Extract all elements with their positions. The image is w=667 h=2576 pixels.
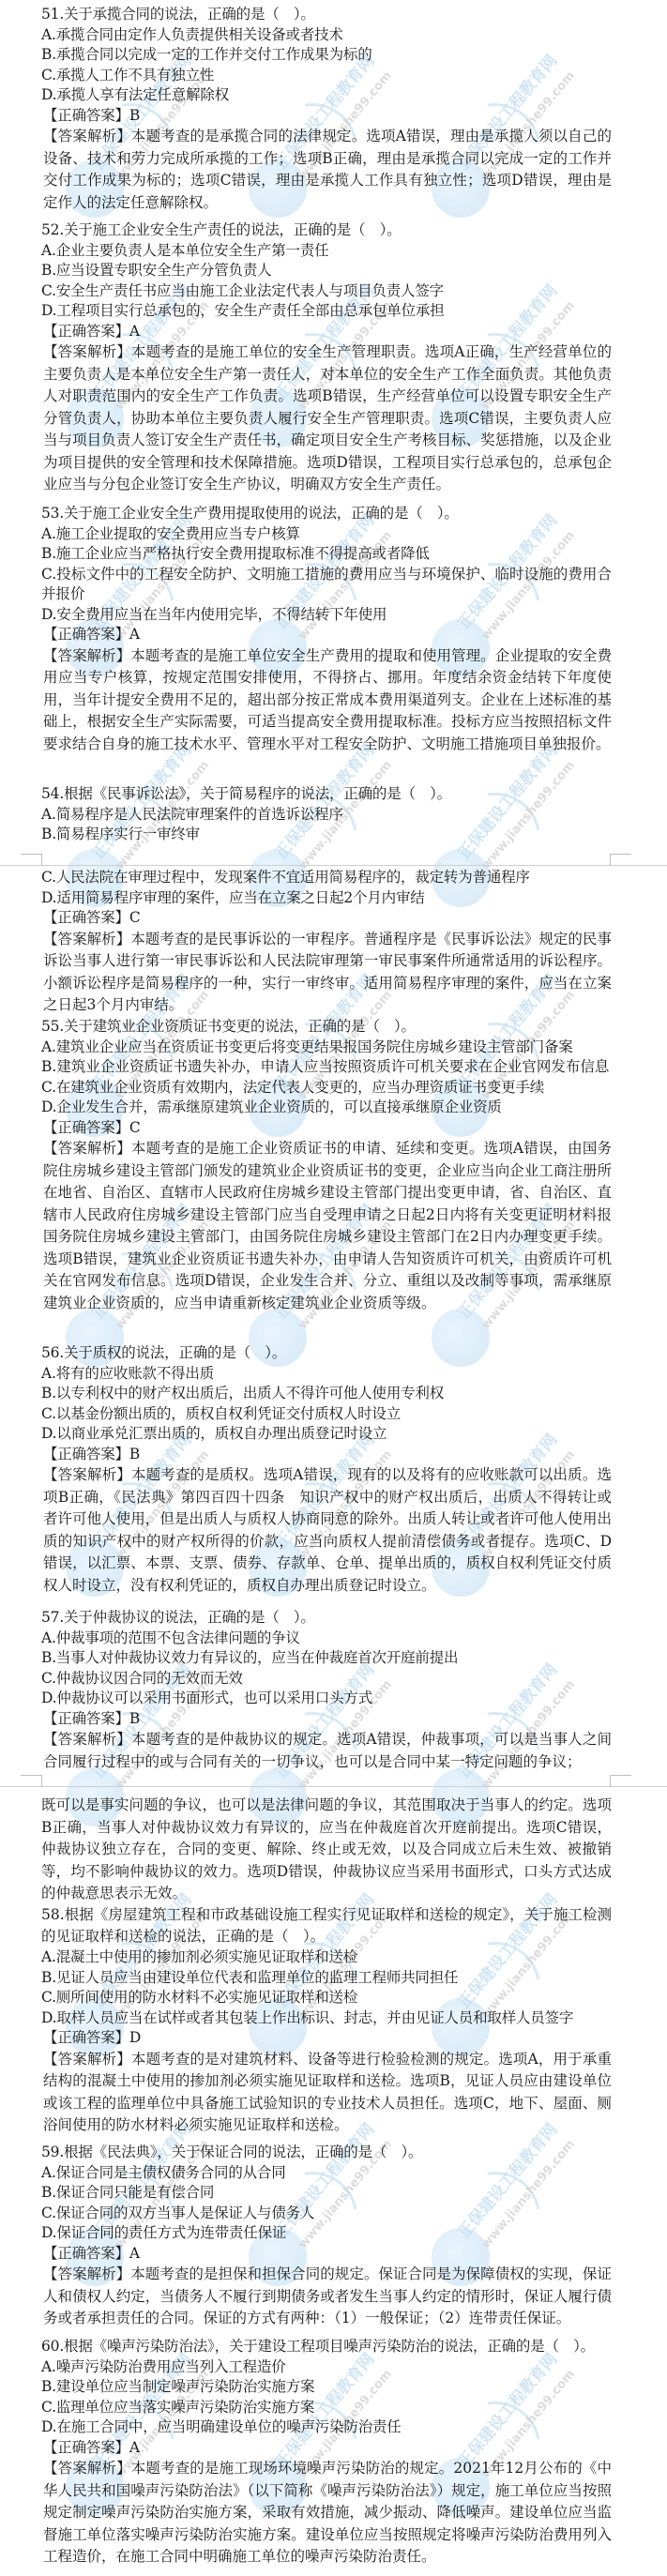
option-d: D.仲裁协议可以采用书面形式，也可以采用口头方式	[41, 1689, 612, 1709]
question-55: 55.关于建筑业企业资质证书变更的说法，正确的是（ ）。 A.建筑业企业应当在资…	[41, 1017, 612, 1314]
question-52: 52.关于施工企业安全生产责任的说法，正确的是（ ）。 A.企业主要负责人是本单…	[41, 220, 612, 496]
question-title: 59.根据《民法典》，关于保证合同的说法，正确的是（ ）。	[41, 2143, 612, 2163]
option-b: B.当事人对仲裁协议效力有异议的，应当在仲裁庭首次开庭前提出	[41, 1648, 612, 1669]
option-b: B.应当设置专职安全生产分管负责人	[41, 261, 612, 281]
option-c: C.监理单位应当落实噪声污染防治实施方案	[41, 2398, 612, 2418]
question-title: 53.关于施工企业安全生产费用提取使用的说法，正确的是（ ）。	[41, 504, 612, 524]
option-b: B.保证合同只能是有偿合同	[41, 2183, 612, 2204]
option-d: D.以商业承兑汇票出质的，质权自办理出质登记时设立	[41, 1424, 612, 1445]
answer-value: A	[129, 2245, 140, 2262]
question-58: 58.根据《房屋建筑工程和市政基础设施工程实行见证取样和送检的规定》，关于施工检…	[41, 1904, 612, 2137]
answer-analysis: 【答案解析】本题考查的是对建筑材料、设备等进行检验检测的规定。选项A，用于承重结…	[41, 2049, 612, 2137]
analysis-label: 【答案解析】	[43, 2051, 131, 2068]
option-c: C.投标文件中的工程安全防护、文明施工措施的费用应当与环境保护、临时设施的费用合…	[41, 565, 612, 605]
option-d: D.安全费用应当在当年内使用完毕，不得结转下年使用	[41, 605, 612, 626]
option-b: B.建设单位应当制定噪声污染防治实施方案	[41, 2377, 612, 2398]
answer-label: 【正确答案】	[43, 2439, 129, 2456]
correct-answer: 【正确答案】A	[41, 2244, 612, 2265]
answer-label: 【正确答案】	[43, 909, 129, 926]
answer-analysis: 【答案解析】本题考查的是担保和担保合同的规定。保证合同是为保障债权的实现，保证人…	[41, 2264, 612, 2330]
option-a: A.噪声污染防治费用应当列入工程造价	[41, 2357, 612, 2378]
question-54: 54.根据《民事诉讼法》，关于简易程序的说法，正确的是（ ）。 A.简易程序是人…	[41, 784, 612, 845]
answer-label: 【正确答案】	[43, 107, 129, 124]
analysis-label: 【答案解析】	[43, 128, 131, 144]
answer-label: 【正确答案】	[43, 1710, 129, 1727]
option-d: D.保证合同的责任方式为连带责任保证	[41, 2223, 612, 2244]
option-b: B.简易程序实行一审终审	[41, 825, 612, 845]
question-54-continued: C.人民法院在审理过程中，发现案件不宜适用简易程序的，裁定转为普通程序 D.适用…	[41, 868, 612, 1017]
analysis-label: 【答案解析】	[43, 1140, 131, 1157]
correct-answer: 【正确答案】C	[41, 908, 612, 929]
question-56: 56.关于质权的说法，正确的是（ ）。 A.将有的应收账款不得出质 B.以专利权…	[41, 1343, 612, 1597]
option-c: C.在建筑业企业资质有效期内，法定代表人变更的，应当办理资质证书变更手续	[41, 1078, 612, 1099]
correct-answer: 【正确答案】B	[41, 1709, 612, 1730]
question-title: 54.根据《民事诉讼法》，关于简易程序的说法，正确的是（ ）。	[41, 784, 612, 805]
option-d: D.取样人员应当在试样或者其包装上作出标识、封志，并由见证人员和取样人员签字	[41, 2008, 612, 2029]
answer-label: 【正确答案】	[43, 2245, 129, 2262]
option-c: C.厕所间使用的防水材料不必实施见证取样和送检	[41, 1988, 612, 2008]
option-c: C.保证合同的双方当事人是保证人与债务人	[41, 2204, 612, 2224]
option-a: A.企业主要负责人是本单位安全生产第一责任	[41, 241, 612, 262]
analysis-label: 【答案解析】	[43, 2460, 131, 2477]
option-a: A.混凝土中使用的掺加剂必须实施见证取样和送检	[41, 1947, 612, 1968]
option-c: C.以基金份额出质的，质权自权利凭证交付质权人时设立	[41, 1404, 612, 1425]
answer-analysis: 【答案解析】本题考查的是承揽合同的法律规定。选项A错误，理由是承揽人须以自己的设…	[41, 126, 612, 214]
question-title: 58.根据《房屋建筑工程和市政基础设施工程实行见证取样和送检的规定》，关于施工检…	[41, 1904, 612, 1947]
answer-label: 【正确答案】	[43, 1446, 129, 1462]
option-b: B.以专利权中的财产权出质后，出质人不得许可他人使用专利权	[41, 1384, 612, 1404]
correct-answer: 【正确答案】B	[41, 1445, 612, 1465]
analysis-text: 本题考查的是施工企业资质证书的申请、延续和变更。选项A错误，由国务院住房城乡建设…	[43, 1140, 612, 1311]
answer-analysis: 【答案解析】本题考查的是质权。选项A错误，现有的以及将有的应收账款可以出质。选项…	[41, 1464, 612, 1597]
answer-label: 【正确答案】	[43, 323, 129, 340]
analysis-label: 【答案解析】	[43, 1466, 131, 1483]
correct-answer: 【正确答案】D	[41, 2028, 612, 2049]
answer-value: A	[129, 626, 140, 643]
answer-analysis: 【答案解析】本题考查的是仲裁协议的规定。选项A错误，仲裁事项，可以是当事人之间合…	[41, 1729, 612, 1773]
answer-label: 【正确答案】	[43, 626, 129, 643]
answer-value: D	[129, 2029, 141, 2046]
document-body: 51.关于承揽合同的说法，正确的是（ ）。 A.承揽合同由定作人负责提供相关设备…	[0, 0, 667, 2576]
option-a: A.仲裁事项的范围不包含法律问题的争议	[41, 1629, 612, 1649]
option-c: C.安全生产责任书应当由施工企业法定代表人与项目负责人签字	[41, 281, 612, 302]
answer-value: B	[129, 107, 140, 124]
analysis-text: 本题考查的是质权。选项A错误，现有的以及将有的应收账款可以出质。选项B正确，《民…	[43, 1466, 612, 1594]
option-a: A.建筑业企业应当在资质证书变更后将变更结果报国务院住房城乡建设主管部门备案	[41, 1038, 612, 1058]
analysis-label: 【答案解析】	[43, 931, 130, 947]
question-57-continued: 既可以是事实问题的争议，也可以是法律问题的争议，其范围取决于当事人的约定。选项B…	[41, 1795, 612, 1905]
option-b: B.见证人员应当由建设单位代表和监理单位的监理工程师共同担任	[41, 1968, 612, 1989]
option-a: A.保证合同是主债权债务合同的从合同	[41, 2163, 612, 2184]
option-b: B.建筑业企业资质证书遗失补办，申请人应当按照资质许可机关要求在企业官网发布信息	[41, 1057, 612, 1078]
answer-value: A	[129, 323, 140, 340]
answer-value: B	[129, 1446, 140, 1462]
option-d: D.承揽人享有法定任意解除权	[41, 85, 612, 106]
correct-answer: 【正确答案】C	[41, 1118, 612, 1139]
option-b: B.施工企业应当严格执行安全费用提取标准不得提高或者降低	[41, 544, 612, 565]
option-b: B.承揽合同以完成一定的工作并交付工作成果为标的	[41, 45, 612, 66]
question-51: 51.关于承揽合同的说法，正确的是（ ）。 A.承揽合同由定作人负责提供相关设备…	[41, 5, 612, 214]
answer-value: C	[129, 909, 141, 926]
option-c: C.仲裁协议因合同的无效而无效	[41, 1669, 612, 1690]
answer-value: C	[129, 1119, 141, 1136]
analysis-label: 【答案解析】	[43, 343, 131, 360]
correct-answer: 【正确答案】A	[41, 2438, 612, 2459]
analysis-label: 【答案解析】	[43, 1731, 131, 1748]
option-a: A.将有的应收账款不得出质	[41, 1364, 612, 1385]
answer-analysis-continued: 既可以是事实问题的争议，也可以是法律问题的争议，其范围取决于当事人的约定。选项B…	[41, 1795, 612, 1905]
question-title: 57.关于仲裁协议的说法，正确的是（ ）。	[41, 1608, 612, 1629]
question-53: 53.关于施工企业安全生产费用提取使用的说法，正确的是（ ）。 A.施工企业提取…	[41, 504, 612, 755]
answer-value: B	[129, 1710, 140, 1727]
correct-answer: 【正确答案】B	[41, 106, 612, 127]
correct-answer: 【正确答案】A	[41, 322, 612, 342]
option-d: D.企业发生合并，需承继原建筑业企业资质的，可以直接承继原企业资质	[41, 1098, 612, 1118]
question-title: 56.关于质权的说法，正确的是（ ）。	[41, 1343, 612, 1364]
analysis-text: 本题考查的是施工单位的安全生产管理职责。选项A正确，生产经营单位的主要负责人是本…	[43, 343, 612, 492]
option-a: A.简易程序是人民法院审理案件的首选诉讼程序	[41, 805, 612, 826]
option-a: A.施工企业提取的安全费用应当专户核算	[41, 524, 612, 545]
question-60: 60.根据《噪声污染防治法》，关于建设工程项目噪声污染防治的说法，正确的是（ ）…	[41, 2337, 612, 2568]
question-57: 57.关于仲裁协议的说法，正确的是（ ）。 A.仲裁事项的范围不包含法律问题的争…	[41, 1608, 612, 1773]
question-59: 59.根据《民法典》，关于保证合同的说法，正确的是（ ）。 A.保证合同是主债权…	[41, 2143, 612, 2330]
option-d: D.工程项目实行总承包的，安全生产责任全部由总承包单位承担	[41, 301, 612, 322]
answer-value: A	[129, 2439, 140, 2456]
option-c: C.人民法院在审理过程中，发现案件不宜适用简易程序的，裁定转为普通程序	[41, 868, 612, 888]
option-d: D.适用简易程序审理的案件，应当在立案之日起2个月内审结	[41, 888, 612, 909]
answer-analysis: 【答案解析】本题考查的是民事诉讼的一审程序。普通程序是《民事诉讼法》规定的民事诉…	[41, 929, 612, 1017]
answer-analysis: 【答案解析】本题考查的是施工单位安全生产费用的提取和使用管理。企业提取的安全费用…	[41, 645, 612, 756]
answer-label: 【正确答案】	[43, 2029, 129, 2046]
correct-answer: 【正确答案】A	[41, 625, 612, 645]
question-title: 60.根据《噪声污染防治法》，关于建设工程项目噪声污染防治的说法，正确的是（ ）…	[41, 2337, 612, 2357]
question-title: 55.关于建筑业企业资质证书变更的说法，正确的是（ ）。	[41, 1017, 612, 1038]
option-a: A.承揽合同由定作人负责提供相关设备或者技术	[41, 25, 612, 46]
option-d: D.在施工合同中，应当明确建设单位的噪声污染防治责任	[41, 2417, 612, 2438]
answer-analysis: 【答案解析】本题考查的是施工单位的安全生产管理职责。选项A正确，生产经营单位的主…	[41, 341, 612, 496]
analysis-label: 【答案解析】	[43, 2265, 130, 2282]
answer-analysis: 【答案解析】本题考查的是施工企业资质证书的申请、延续和变更。选项A错误，由国务院…	[41, 1138, 612, 1314]
option-c: C.承揽人工作不具有独立性	[41, 66, 612, 86]
question-title: 52.关于施工企业安全生产责任的说法，正确的是（ ）。	[41, 220, 612, 241]
answer-label: 【正确答案】	[43, 1119, 129, 1136]
analysis-label: 【答案解析】	[43, 647, 130, 664]
answer-analysis: 【答案解析】本题考查的是施工现场环境噪声污染防治的规定。2021年12月公布的《…	[41, 2458, 612, 2568]
question-title: 51.关于承揽合同的说法，正确的是（ ）。	[41, 5, 612, 25]
